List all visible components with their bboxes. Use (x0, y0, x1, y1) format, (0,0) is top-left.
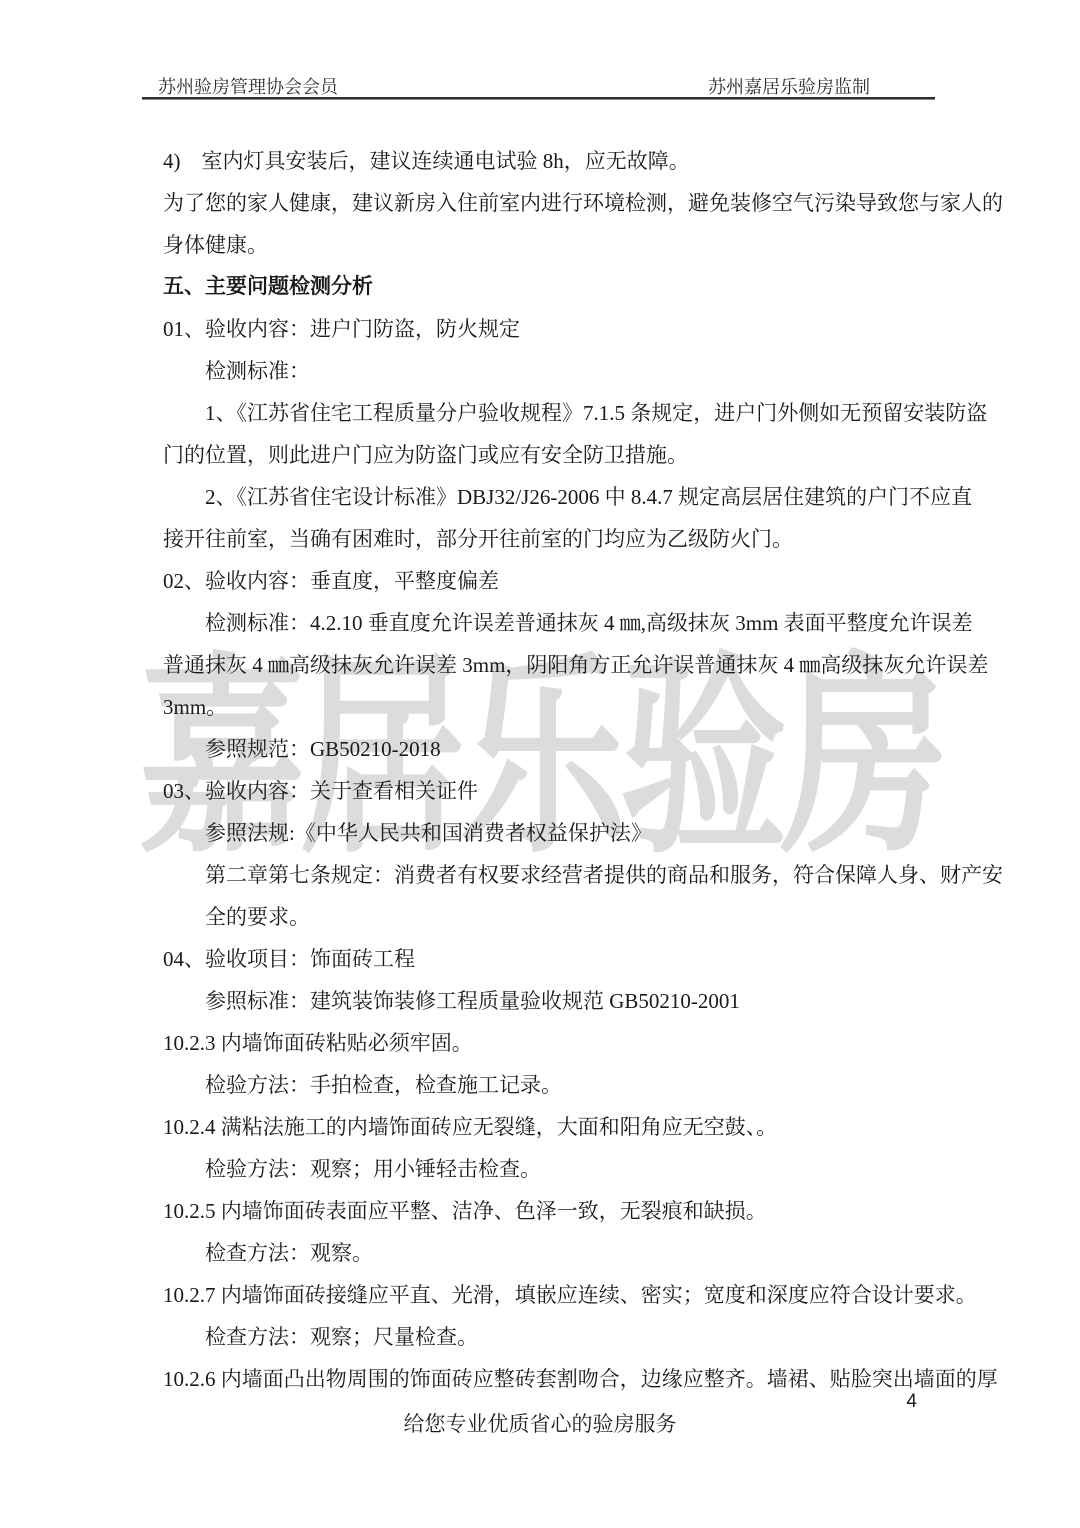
body-line: 4) 室内灯具安装后，建议连续通电试验 8h，应无故障。 (163, 140, 917, 182)
body-line: 第二章第七条规定：消费者有权要求经营者提供的商品和服务，符合保障人身、财产安 (163, 854, 917, 896)
body-line: 03、验收内容：关于查看相关证件 (163, 770, 917, 812)
body-line: 检查方法：观察；尺量检查。 (163, 1316, 917, 1358)
page-header: 苏州验房管理协会会员 苏州嘉居乐验房监制 (158, 76, 870, 98)
body-line: 参照法规:《中华人民共和国消费者权益保护法》 (163, 812, 917, 854)
header-right-text: 苏州嘉居乐验房监制 (708, 76, 870, 98)
body-line: 检测标准： (163, 350, 917, 392)
document-body: 4) 室内灯具安装后，建议连续通电试验 8h，应无故障。为了您的家人健康，建议新… (163, 140, 917, 1400)
body-line: 检验方法：观察；用小锤轻击检查。 (163, 1148, 917, 1190)
document-page: 嘉居乐验房 苏州验房管理协会会员 苏州嘉居乐验房监制 4) 室内灯具安装后，建议… (0, 0, 1080, 1528)
body-line: 全的要求。 (163, 896, 917, 938)
body-line: 身体健康。 (163, 224, 917, 266)
body-line: 04、验收项目：饰面砖工程 (163, 938, 917, 980)
body-line: 1、《江苏省住宅工程质量分户验收规程》7.1.5 条规定，进户门外侧如无预留安装… (163, 392, 917, 434)
body-line: 检验方法：手拍检查，检查施工记录。 (163, 1064, 917, 1106)
body-line: 3mm。 (163, 686, 917, 728)
body-line: 检查方法：观察。 (163, 1232, 917, 1274)
body-line: 10.2.7 内墙饰面砖接缝应平直、光滑，填嵌应连续、密实；宽度和深度应符合设计… (163, 1274, 917, 1316)
footer-slogan: 给您专业优质省心的验房服务 (0, 1410, 1080, 1438)
body-line: 普通抹灰 4 ㎜高级抹灰允许误差 3mm，阴阳角方正允许误普通抹灰 4 ㎜高级抹… (163, 644, 917, 686)
header-left-text: 苏州验房管理协会会员 (158, 76, 338, 98)
body-line: 2、《江苏省住宅设计标准》DBJ32/J26-2006 中 8.4.7 规定高层… (163, 476, 917, 518)
body-line: 02、验收内容：垂直度，平整度偏差 (163, 560, 917, 602)
body-line: 接开往前室，当确有困难时，部分开往前室的门均应为乙级防火门。 (163, 518, 917, 560)
body-line: 10.2.4 满粘法施工的内墙饰面砖应无裂缝，大面和阳角应无空鼓、。 (163, 1106, 917, 1148)
body-line: 10.2.5 内墙饰面砖表面应平整、洁净、色泽一致，无裂痕和缺损。 (163, 1190, 917, 1232)
header-rule (142, 97, 935, 100)
body-line: 参照标准：建筑装饰装修工程质量验收规范 GB50210-2001 (163, 980, 917, 1022)
body-line: 参照规范：GB50210-2018 (163, 728, 917, 770)
body-line: 01、验收内容：进户门防盗，防火规定 (163, 308, 917, 350)
section-heading: 五、主要问题检测分析 (163, 266, 917, 308)
body-line: 为了您的家人健康，建议新房入住前室内进行环境检测，避免装修空气污染导致您与家人的 (163, 182, 917, 224)
body-line: 门的位置，则此进户门应为防盗门或应有安全防卫措施。 (163, 434, 917, 476)
body-line: 10.2.6 内墙面凸出物周围的饰面砖应整砖套割吻合，边缘应整齐。墙裙、贴脸突出… (163, 1358, 917, 1400)
body-line: 检测标准：4.2.10 垂直度允许误差普通抹灰 4 ㎜,高级抹灰 3mm 表面平… (163, 602, 917, 644)
body-line: 10.2.3 内墙饰面砖粘贴必须牢固。 (163, 1022, 917, 1064)
